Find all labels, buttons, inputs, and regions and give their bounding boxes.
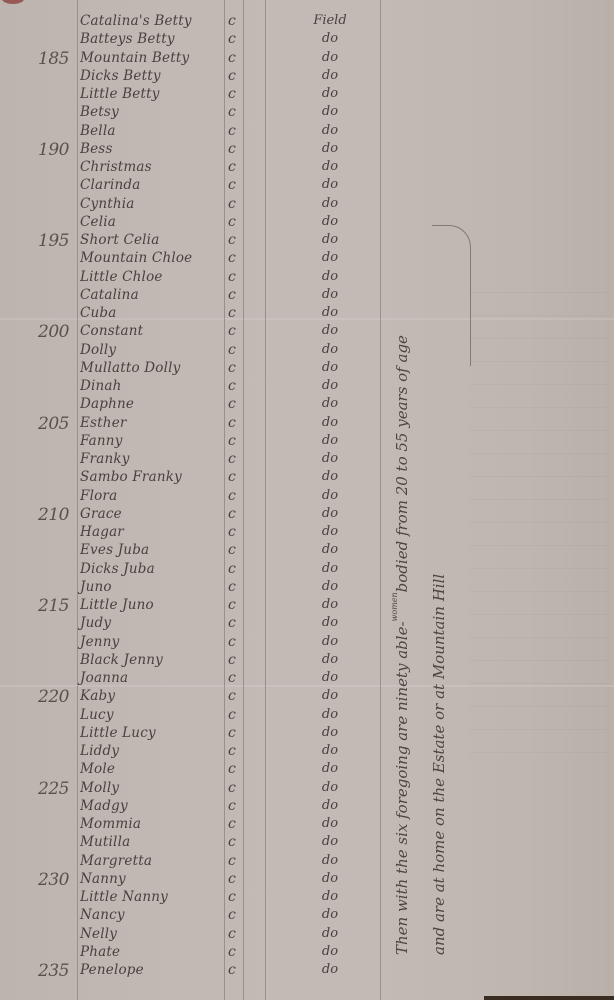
occupation: do [300,31,360,46]
mark-column: c [228,725,236,741]
person-name: Mommia [80,816,141,832]
person-name: Jenny [80,634,119,650]
occupation: do [300,50,360,65]
mark-column: c [228,378,236,394]
mark-column: c [228,469,236,485]
mark-column: c [228,104,236,120]
occupation: do [300,269,360,284]
occupation: do [300,86,360,101]
mark-column: c [228,926,236,942]
occupation: do [300,634,360,649]
row-number: 190 [38,140,78,160]
mark-column: c [228,597,236,613]
occupation: do [300,451,360,466]
mark-column: c [228,944,236,960]
person-name: Little Juno [80,597,154,613]
mark-column: c [228,889,236,905]
person-name: Juno [80,579,112,595]
row-number: 210 [38,505,78,525]
occupation: do [300,104,360,119]
mark-column: c [228,269,236,285]
ledger-page: Catalina's BettycFieldBatteys Bettycdo18… [0,0,614,1000]
occupation: do [300,780,360,795]
person-name: Lucy [80,707,114,723]
mark-column: c [228,123,236,139]
person-name: Nelly [80,926,117,942]
person-name: Mutilla [80,834,130,850]
mark-column: c [228,159,236,175]
occupation: do [300,688,360,703]
occupation: do [300,816,360,831]
person-name: Madgy [80,798,128,814]
occupation: do [300,579,360,594]
occupation: do [300,415,360,430]
mark-column: c [228,451,236,467]
row-number: 225 [38,779,78,799]
occupation: do [300,506,360,521]
occupation: do [300,944,360,959]
occupation: do [300,232,360,247]
person-name: Judy [80,615,111,631]
person-name: Cuba [80,305,117,321]
mark-column: c [228,232,236,248]
mark-column: c [228,798,236,814]
bleed-through-text [470,270,610,770]
mark-column: c [228,524,236,540]
side-note-line-1: Then with the six foregoing are ninety a… [385,195,422,955]
person-name: Dicks Betty [80,68,161,84]
wax-seal-mark [2,0,24,4]
occupation: do [300,305,360,320]
person-name: Dinah [80,378,122,394]
person-name: Betsy [80,104,119,120]
occupation: do [300,177,360,192]
mark-column: c [228,177,236,193]
mark-column: c [228,853,236,869]
occupation: do [300,725,360,740]
occupation: do [300,159,360,174]
side-note: Then with the six foregoing are ninety a… [385,195,456,955]
occupation: do [300,761,360,776]
column-rule [380,0,381,1000]
occupation: do [300,68,360,83]
row-number: 215 [38,596,78,616]
occupation: Field [300,13,360,28]
person-name: Bella [80,123,116,139]
mark-column: c [228,68,236,84]
person-name: Christmas [80,159,152,175]
row-number: 205 [38,414,78,434]
person-name: Mountain Betty [80,50,189,66]
occupation: do [300,652,360,667]
occupation: do [300,360,360,375]
person-name: Nancy [80,907,125,923]
occupation: do [300,834,360,849]
occupation: do [300,670,360,685]
occupation: do [300,141,360,156]
mark-column: c [228,415,236,431]
mark-column: c [228,214,236,230]
occupation: do [300,597,360,612]
mark-column: c [228,761,236,777]
person-name: Joanna [80,670,128,686]
mark-column: c [228,86,236,102]
occupation: do [300,926,360,941]
occupation: do [300,798,360,813]
occupation: do [300,707,360,722]
occupation: do [300,323,360,338]
ledger-row: 235Penelopecdo [0,961,380,983]
mark-column: c [228,342,236,358]
person-name: Fanny [80,433,123,449]
person-name: Black Jenny [80,652,163,668]
occupation: do [300,615,360,630]
person-name: Flora [80,488,117,504]
occupation: do [300,214,360,229]
mark-column: c [228,670,236,686]
person-name: Franky [80,451,130,467]
person-name: Mullatto Dolly [80,360,180,376]
mark-column: c [228,615,236,631]
person-name: Phate [80,944,120,960]
occupation: do [300,962,360,977]
person-name: Batteys Betty [80,31,175,47]
row-number: 220 [38,687,78,707]
row-number: 195 [38,231,78,251]
occupation: do [300,561,360,576]
mark-column: c [228,634,236,650]
occupation: do [300,196,360,211]
mark-column: c [228,50,236,66]
mark-column: c [228,488,236,504]
mark-column: c [228,743,236,759]
mark-column: c [228,834,236,850]
mark-column: c [228,688,236,704]
occupation: do [300,123,360,138]
person-name: Sambo Franky [80,469,182,485]
occupation: do [300,433,360,448]
occupation: do [300,524,360,539]
occupation: do [300,743,360,758]
mark-column: c [228,579,236,595]
mark-column: c [228,323,236,339]
side-note-line-2: and are at home on the Estate or at Moun… [422,195,456,955]
person-name: Dolly [80,342,116,358]
person-name: Penelope [80,962,144,978]
mark-column: c [228,31,236,47]
person-name: Dicks Juba [80,561,155,577]
mark-column: c [228,305,236,321]
row-number: 185 [38,49,78,69]
person-name: Mountain Chloe [80,250,192,266]
mark-column: c [228,871,236,887]
occupation: do [300,342,360,357]
person-name: Molly [80,780,119,796]
mark-column: c [228,780,236,796]
mark-column: c [228,652,236,668]
occupation: do [300,396,360,411]
mark-column: c [228,141,236,157]
mark-column: c [228,196,236,212]
occupation: do [300,488,360,503]
row-number: 200 [38,322,78,342]
occupation: do [300,469,360,484]
row-number: 230 [38,870,78,890]
mark-column: c [228,561,236,577]
occupation: do [300,287,360,302]
mark-column: c [228,506,236,522]
mark-column: c [228,360,236,376]
person-name: Clarinda [80,177,140,193]
person-name: Little Nanny [80,889,168,905]
page-edge-shadow [484,996,614,1000]
mark-column: c [228,396,236,412]
person-name: Eves Juba [80,542,149,558]
occupation: do [300,889,360,904]
mark-column: c [228,816,236,832]
person-name: Liddy [80,743,119,759]
mark-column: c [228,542,236,558]
person-name: Nanny [80,871,126,887]
person-name: Constant [80,323,143,339]
occupation: do [300,871,360,886]
person-name: Short Celia [80,232,159,248]
person-name: Catalina's Betty [80,13,192,29]
insert-word: women [390,592,399,621]
occupation: do [300,378,360,393]
person-name: Celia [80,214,116,230]
person-name: Daphne [80,396,134,412]
person-name: Hagar [80,524,124,540]
occupation: do [300,542,360,557]
mark-column: c [228,287,236,303]
occupation: do [300,250,360,265]
person-name: Grace [80,506,122,522]
person-name: Catalina [80,287,139,303]
person-name: Little Betty [80,86,160,102]
mark-column: c [228,907,236,923]
mark-column: c [228,962,236,978]
mark-column: c [228,433,236,449]
person-name: Cynthia [80,196,135,212]
person-name: Esther [80,415,127,431]
person-name: Bess [80,141,113,157]
person-name: Little Chloe [80,269,163,285]
row-number: 235 [38,961,78,981]
person-name: Margretta [80,853,152,869]
occupation: do [300,907,360,922]
person-name: Little Lucy [80,725,156,741]
mark-column: c [228,250,236,266]
person-name: Mole [80,761,115,777]
occupation: do [300,853,360,868]
mark-column: c [228,707,236,723]
mark-column: c [228,13,236,29]
person-name: Kaby [80,688,115,704]
